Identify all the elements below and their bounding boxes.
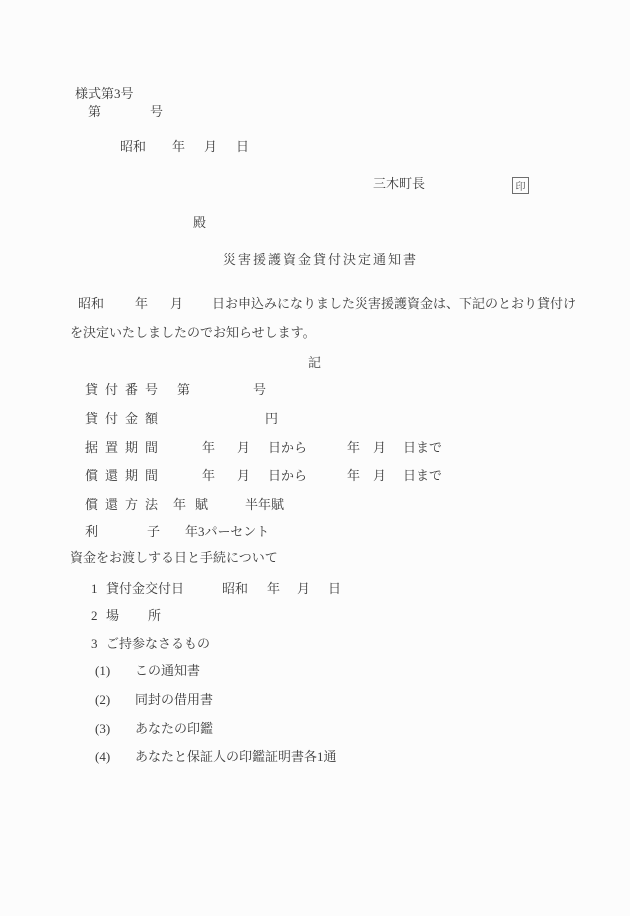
loan-number-suffix: 号 [253,382,266,398]
body-line1-era: 昭和 [78,296,104,312]
body-line1-year: 年 [135,296,148,312]
bring-item-text: 同封の借用書 [135,692,213,708]
bring-item-number: (1) [95,663,110,679]
grace-period-from-month: 月 [237,440,250,456]
grace-period-to-year: 年 [347,440,360,456]
repayment-period-label: 償還期間 [85,468,165,484]
procedure-item1-day: 日 [328,581,341,597]
issue-date-year-label: 年 [172,139,185,155]
repayment-method-semiannual: 半年賦 [245,497,284,513]
procedure-item1-era: 昭和 [222,581,248,597]
issue-date-month-label: 月 [204,139,217,155]
body-line2-text: を決定いたしましたのでお知らせします。 [70,325,316,341]
document-page: 様式第3号 第 号 昭和 年 月 日 三木町長 印 殿 災害援護資金貸付決定通知… [0,0,630,916]
repayment-period-from-month: 月 [237,468,250,484]
bring-item-text: あなたの印鑑 [135,721,213,737]
loan-amount-unit: 円 [265,411,278,427]
body-line1-text: 日お申込みになりました災害援護資金は、下記のとおり貸付け [212,296,576,312]
document-number-suffix: 号 [150,104,163,120]
repayment-method-label: 償還方法 [85,497,165,513]
grace-period-label: 据置期間 [85,440,165,456]
interest-label-right: 子 [147,524,160,540]
issue-date-day-label: 日 [236,139,249,155]
repayment-period-from-year: 年 [202,468,215,484]
loan-amount-label: 貸付金額 [85,411,165,427]
bring-item-text: あなたと保証人の印鑑証明書各1通 [135,749,337,765]
repayment-period-to-day: 日まで [403,468,442,484]
interest-label-left: 利 [85,524,98,540]
grace-period-from-year: 年 [202,440,215,456]
procedure-item1-label: 貸付金交付日 [106,581,184,597]
bring-item-text: この通知書 [135,663,200,679]
procedure-item3-number: 3 [91,636,98,652]
grace-period-from-day: 日から [268,440,307,456]
procedure-heading: 資金をお渡しする日と手続について [70,550,278,566]
document-number-prefix: 第 [88,104,101,120]
procedure-item1-number: 1 [91,581,98,597]
repayment-period-to-month: 月 [373,468,386,484]
loan-number-label: 貸付番号 [85,382,165,398]
body-line1-month: 月 [170,296,183,312]
repayment-method-annual: 年賦 [173,497,217,513]
repayment-period-to-year: 年 [347,468,360,484]
interest-value: 年3パーセント [185,524,269,540]
issue-date-era: 昭和 [120,139,146,155]
procedure-item3-label: ご持参なさるもの [106,636,210,652]
procedure-item2-number: 2 [91,608,98,624]
repayment-period-from-day: 日から [268,468,307,484]
bring-item-number: (4) [95,749,110,765]
record-mark: 記 [308,355,321,371]
procedure-item1-month: 月 [297,581,310,597]
form-number: 様式第3号 [75,86,134,102]
procedure-item2-label-left: 場 [106,608,119,624]
document-title: 災害援護資金貸付決定通知書 [223,252,418,268]
loan-number-prefix: 第 [177,382,190,398]
sender-name: 三木町長 [373,176,425,192]
procedure-item2-label-right: 所 [148,608,161,624]
seal-box: 印 [512,177,529,194]
grace-period-to-month: 月 [373,440,386,456]
addressee-honorific: 殿 [193,215,206,231]
grace-period-to-day: 日まで [403,440,442,456]
bring-item-number: (3) [95,721,110,737]
bring-item-number: (2) [95,692,110,708]
seal-stamp-icon: 印 [516,178,526,193]
procedure-item1-year: 年 [267,581,280,597]
